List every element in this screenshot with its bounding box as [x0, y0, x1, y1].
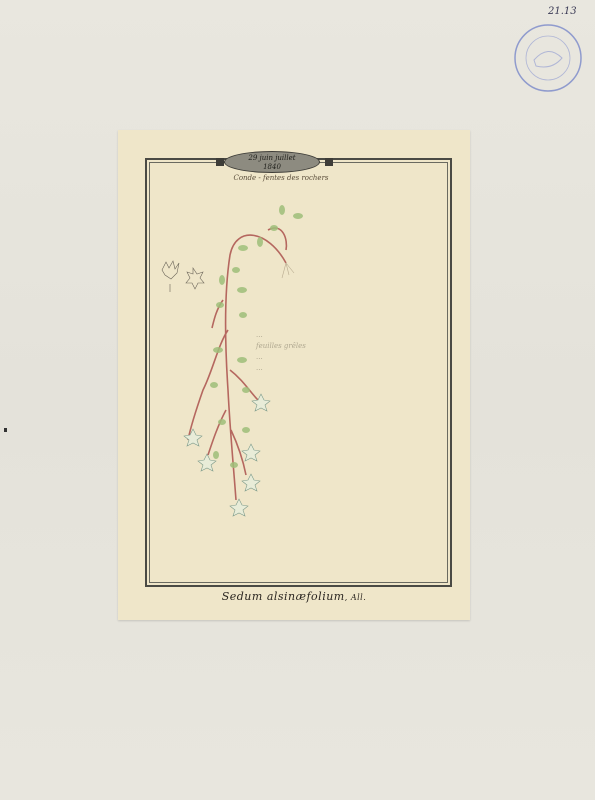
ink-speck — [4, 428, 7, 432]
species-name: Sedum alsinæfolium — [222, 590, 345, 603]
herbarium-sheet: 21.13 29 juin juillet 1840 Conde - fente… — [0, 0, 595, 800]
plant-illustration — [118, 130, 470, 620]
illustration-card: 29 juin juillet 1840 Conde - fentes des … — [118, 130, 470, 620]
shelfmark: 21.13 — [548, 6, 577, 17]
species-caption: Sedum alsinæfolium, All. — [118, 590, 470, 603]
museum-stamp-icon — [512, 22, 584, 94]
species-author: , All. — [345, 593, 367, 602]
